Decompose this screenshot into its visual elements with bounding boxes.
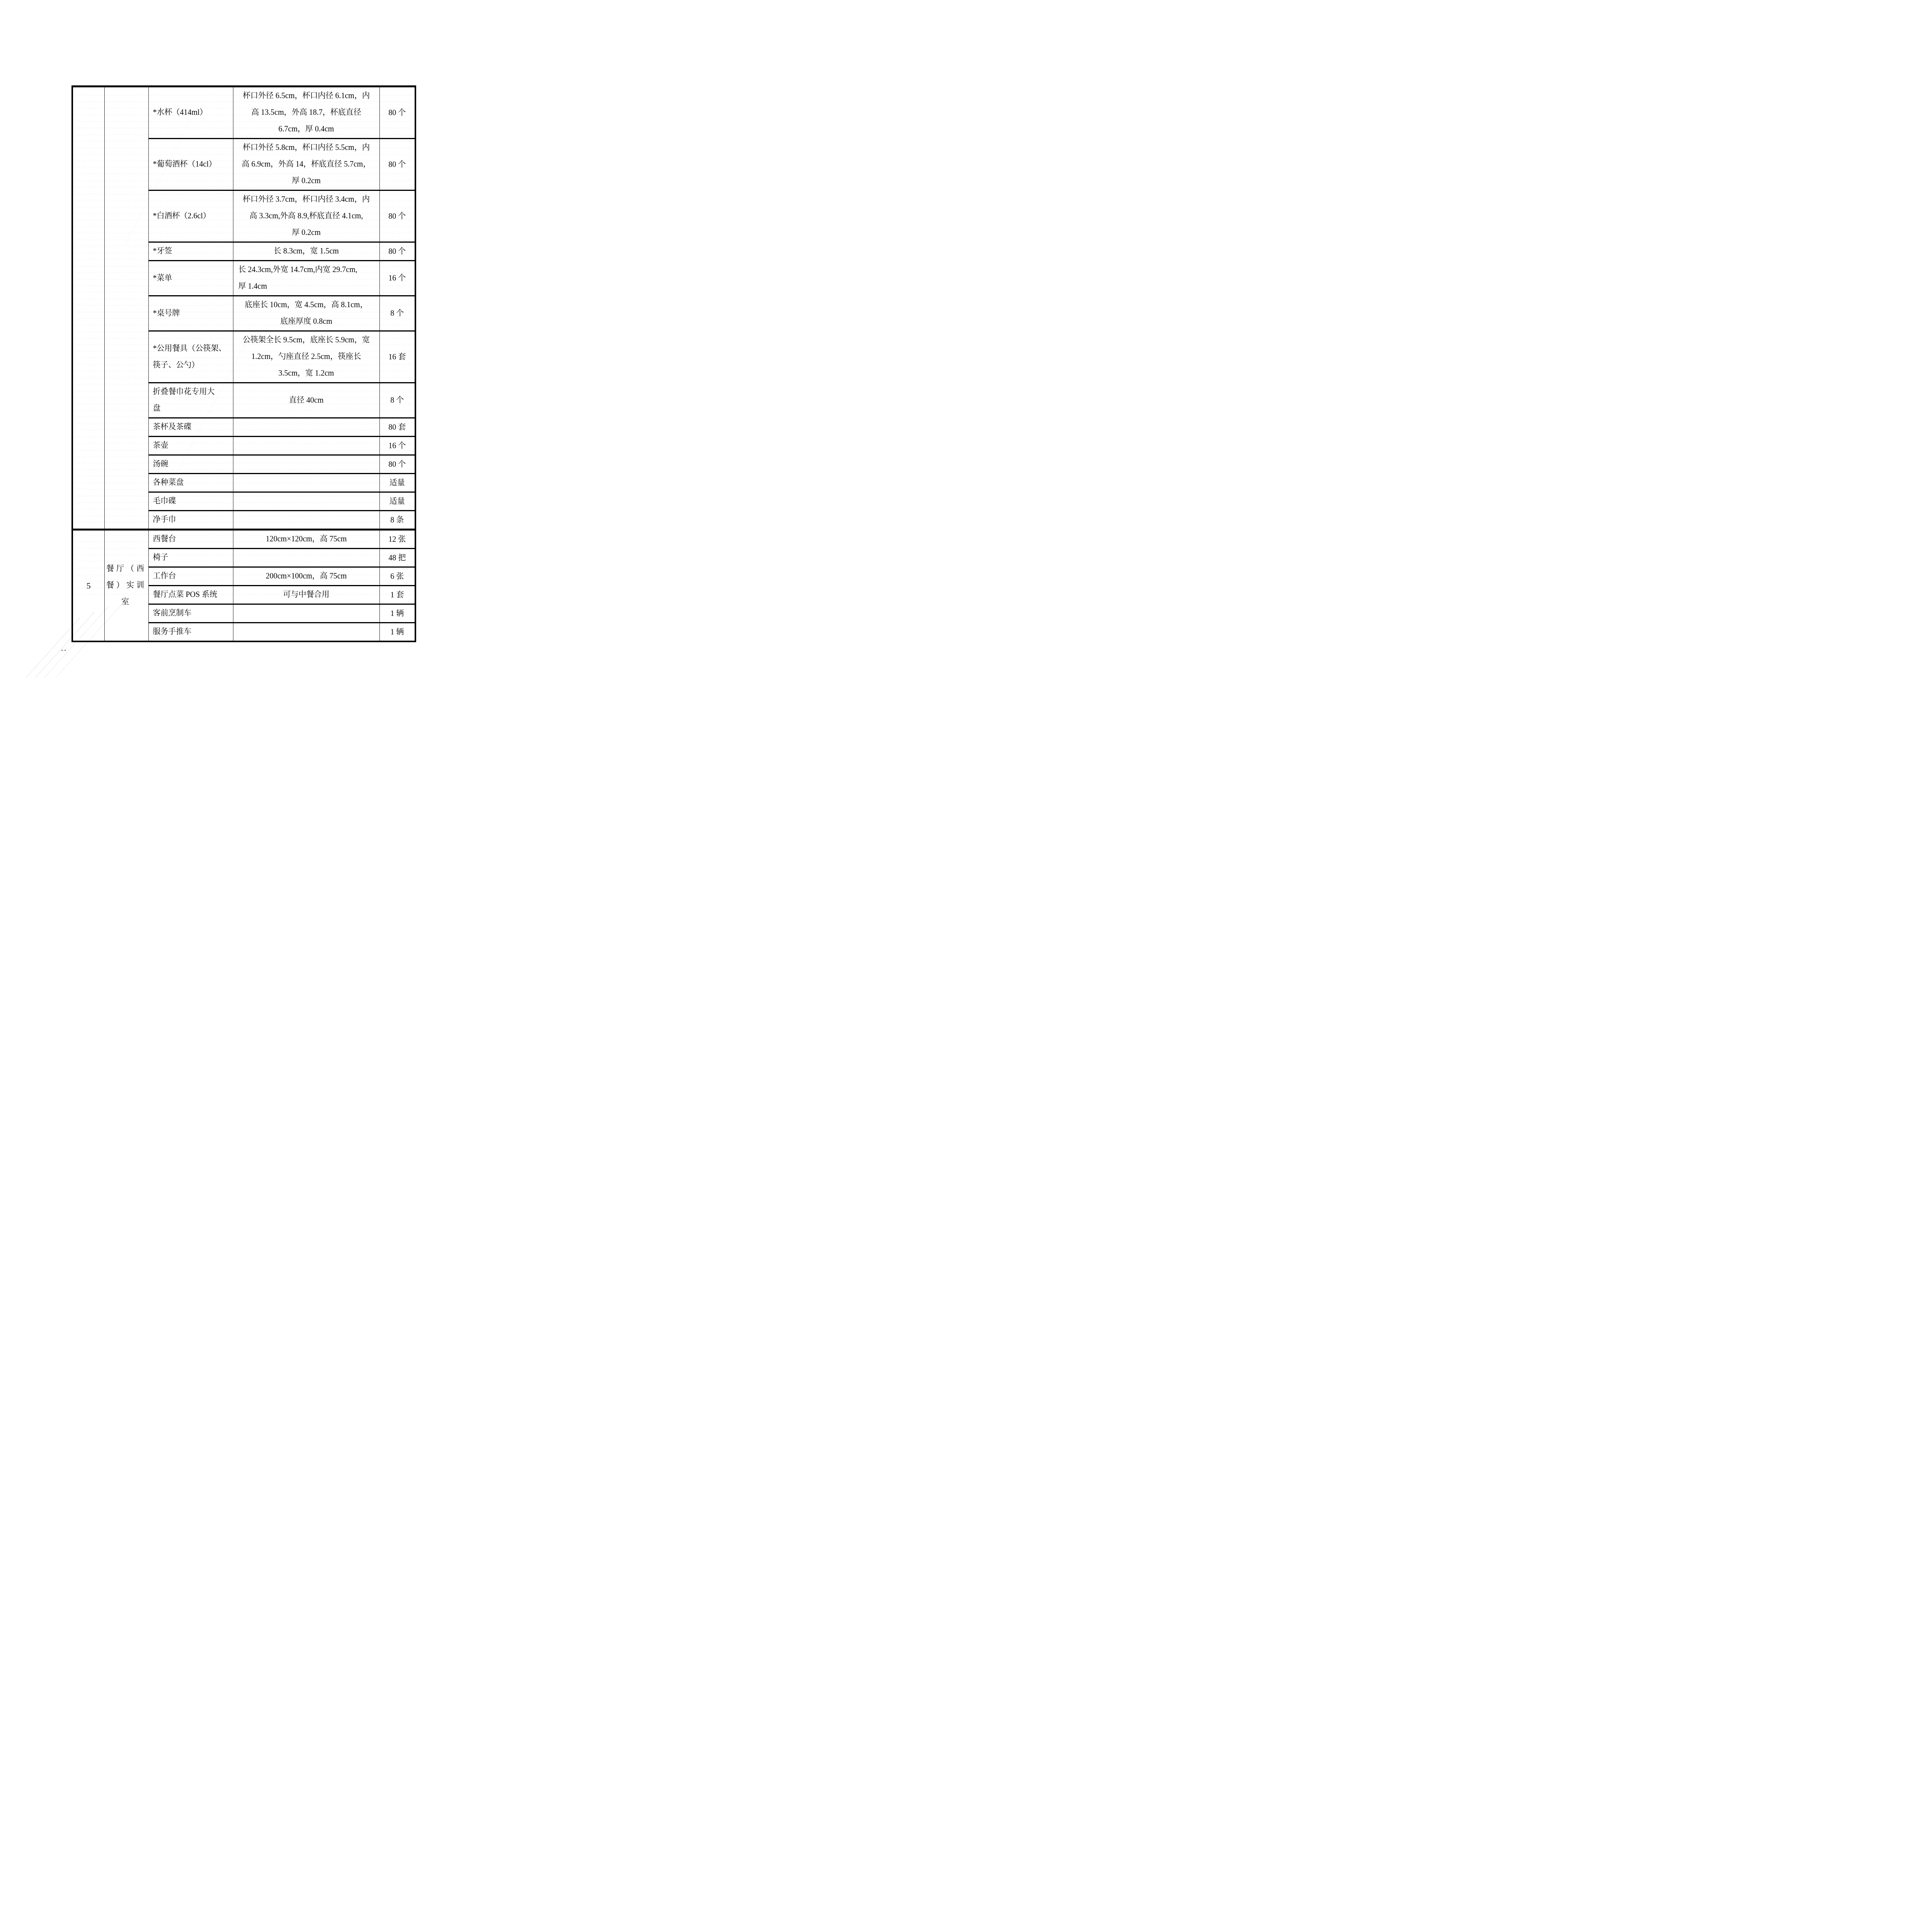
item-name-cell: 毛巾碟 <box>148 492 233 511</box>
quantity-cell: 8 条 <box>379 511 415 530</box>
spec-cell: 长 8.3cm，宽 1.5cm <box>233 242 379 261</box>
quantity-cell: 8 个 <box>379 383 415 418</box>
item-name-cell: 客前烹制车 <box>148 604 233 623</box>
quantity-cell: 16 个 <box>379 261 415 296</box>
spec-cell: 杯口外径 3.7cm，杯口内径 3.4cm，内 高 3.3cm,外高 8.9,杯… <box>233 190 379 242</box>
spec-cell <box>233 418 379 437</box>
spec-cell: 120cm×120cm，高 75cm <box>233 530 379 549</box>
table-row: 5餐厅（西 餐）实训 室西餐台120cm×120cm，高 75cm12 张 <box>72 530 415 549</box>
item-name-cell: 茶壶 <box>148 437 233 455</box>
item-name-cell: *桌号牌 <box>148 296 233 331</box>
table-row: *水杯（414ml）杯口外径 6.5cm，杯口内径 6.1cm，内 高 13.5… <box>72 87 415 139</box>
spec-cell: 杯口外径 5.8cm，杯口内径 5.5cm，内 高 6.9cm，外高 14，杯底… <box>233 139 379 190</box>
section-index-cell: 5 <box>72 530 104 642</box>
spec-cell: 200cm×100cm，高 75cm <box>233 567 379 586</box>
quantity-cell: 16 套 <box>379 331 415 383</box>
quantity-cell: 适量 <box>379 474 415 492</box>
item-name-cell: *水杯（414ml） <box>148 87 233 139</box>
section-index-cell <box>72 87 104 530</box>
quantity-cell: 6 张 <box>379 567 415 586</box>
item-name-cell: 汤碗 <box>148 455 233 474</box>
spec-cell: 公筷架全长 9.5cm，底座长 5.9cm，宽 1.2cm，勺座直径 2.5cm… <box>233 331 379 383</box>
spec-cell <box>233 549 379 567</box>
spec-cell: 底座长 10cm，宽 4.5cm，高 8.1cm， 底座厚度 0.8cm <box>233 296 379 331</box>
item-name-cell: *牙签 <box>148 242 233 261</box>
item-name-cell: *公用餐具（公筷架、 筷子、公勺） <box>148 331 233 383</box>
room-name-cell <box>104 87 148 530</box>
item-name-cell: 服务手推车 <box>148 623 233 642</box>
quantity-cell: 80 套 <box>379 418 415 437</box>
item-name-cell: *葡萄酒杯（14cl） <box>148 139 233 190</box>
quantity-cell: 80 个 <box>379 190 415 242</box>
item-name-cell: 工作台 <box>148 567 233 586</box>
item-name-cell: 餐厅点菜 POS 系统 <box>148 586 233 604</box>
spec-cell: 杯口外径 6.5cm，杯口内径 6.1cm，内 高 13.5cm，外高 18.7… <box>233 87 379 139</box>
room-name-cell: 餐厅（西 餐）实训 室 <box>104 530 148 642</box>
item-name-cell: 西餐台 <box>148 530 233 549</box>
quantity-cell: 80 个 <box>379 87 415 139</box>
spec-cell <box>233 492 379 511</box>
item-name-cell: 椅子 <box>148 549 233 567</box>
quantity-cell: 48 把 <box>379 549 415 567</box>
spec-cell: 可与中餐合用 <box>233 586 379 604</box>
quantity-cell: 8 个 <box>379 296 415 331</box>
quantity-cell: 1 辆 <box>379 623 415 642</box>
quantity-cell: 80 个 <box>379 455 415 474</box>
spec-cell <box>233 437 379 455</box>
document-page: *水杯（414ml）杯口外径 6.5cm，杯口内径 6.1cm，内 高 13.5… <box>0 0 479 678</box>
spec-cell: 长 24.3cm,外宽 14.7cm,内宽 29.7cm, 厚 1.4cm <box>233 261 379 296</box>
quantity-cell: 80 个 <box>379 242 415 261</box>
item-name-cell: 折叠餐巾花专用大 盘 <box>148 383 233 418</box>
spec-cell <box>233 511 379 530</box>
spec-cell <box>233 455 379 474</box>
equipment-table: *水杯（414ml）杯口外径 6.5cm，杯口内径 6.1cm，内 高 13.5… <box>71 85 416 642</box>
item-name-cell: 净手巾 <box>148 511 233 530</box>
spec-cell <box>233 474 379 492</box>
item-name-cell: *菜单 <box>148 261 233 296</box>
quantity-cell: 1 辆 <box>379 604 415 623</box>
quantity-cell: 80 个 <box>379 139 415 190</box>
quantity-cell: 适量 <box>379 492 415 511</box>
scan-artifact <box>12 618 80 678</box>
spec-cell <box>233 623 379 642</box>
quantity-cell: 16 个 <box>379 437 415 455</box>
spec-cell <box>233 604 379 623</box>
item-name-cell: 茶杯及茶碟 <box>148 418 233 437</box>
page-footer-mark: ·· <box>61 648 67 654</box>
quantity-cell: 12 张 <box>379 530 415 549</box>
item-name-cell: 各种菜盘 <box>148 474 233 492</box>
item-name-cell: *白酒杯（2.6cl） <box>148 190 233 242</box>
quantity-cell: 1 套 <box>379 586 415 604</box>
spec-cell: 直径 40cm <box>233 383 379 418</box>
